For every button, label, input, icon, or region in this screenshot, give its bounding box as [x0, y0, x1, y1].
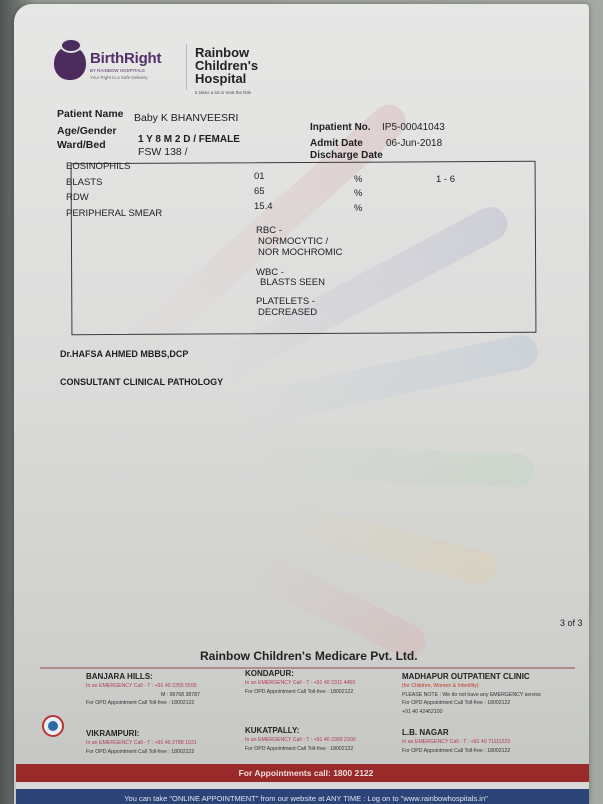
branch-line: In an EMERGENCY Call - T : +91 40 2789 1… [86, 739, 197, 748]
branch-kukatpally: KUKATPALLY: In an EMERGENCY Call - T : +… [245, 725, 356, 753]
branch-line: For OPD Appointment Call Toll-free : 180… [245, 688, 355, 697]
branch-name: KONDAPUR: [245, 668, 355, 679]
discharge-date-label: Discharge Date [310, 150, 383, 161]
result-test-blasts: BLASTS [66, 177, 102, 188]
rainbow-logo-line: Hospital [195, 72, 258, 85]
birthright-logo: BirthRight BY RAINBOW HOSPITALS Your Rig… [54, 40, 174, 84]
branch-line: For OPD Appointment Call Toll-free : 180… [402, 747, 510, 756]
branch-name: BANJARA HILLS: [86, 671, 200, 682]
age-gender-value: 1 Y 8 M 2 D / FEMALE [138, 134, 240, 145]
result-value-rdw: 15.4 [254, 201, 273, 212]
inpatient-no-label: Inpatient No. [310, 122, 371, 133]
branch-line: In an EMERGENCY Call - T : +91 40 711112… [402, 738, 510, 747]
page-number: 3 of 3 [560, 618, 583, 628]
result-test-rdw: RDW [66, 192, 89, 203]
birthright-logo-tagline: Your Right to a Safe Delivery [90, 75, 148, 80]
result-value-blasts: 65 [254, 186, 265, 197]
band-gap [16, 782, 589, 789]
result-test-eosinophils: EOSINOPHILS [66, 161, 130, 172]
appointment-band: For Appointments call: 1800 2122 [16, 764, 589, 782]
birthright-logo-subtitle: BY RAINBOW HOSPITALS [90, 68, 145, 73]
branch-line: M : 96768 38787 [86, 691, 200, 700]
branch-line: (for Children, Women & Infertility) [402, 682, 541, 691]
branch-name: MADHAPUR OUTPATIENT CLINIC [402, 671, 541, 682]
branch-line: For OPD Appointment Call Toll-free : 180… [86, 748, 197, 757]
patient-name-value: Baby K BHANVEESRI [134, 112, 238, 124]
birthright-logo-text: BirthRight [90, 50, 161, 67]
birthright-logo-mark [54, 46, 86, 80]
branch-line: In an EMERGENCY Call - T : +91 40 2355 5… [86, 682, 200, 691]
ward-bed-value: FSW 138 / [138, 146, 188, 158]
patient-name-label: Patient Name [57, 108, 124, 120]
report-page: BirthRight BY RAINBOW HOSPITALS Your Rig… [14, 4, 589, 804]
branch-line: In an EMERGENCY Call - T : +91 40 2311 4… [245, 679, 355, 688]
result-test-peripheral-smear: PERIPHERAL SMEAR [66, 208, 162, 219]
accreditation-seal-icon [42, 715, 64, 737]
branch-banjara-hills: BANJARA HILLS: In an EMERGENCY Call - T … [86, 671, 200, 708]
result-range-eosinophils: 1 - 6 [436, 174, 455, 185]
inpatient-no-value: IP5-00041043 [382, 122, 445, 133]
online-appointment-band: You can take "ONLINE APPOINTMENT" from o… [16, 789, 589, 804]
age-gender-label: Age/Gender [57, 125, 117, 137]
signatory-name: Dr.HAFSA AHMED MBBS,DCP [60, 349, 188, 359]
branch-name: KUKATPALLY: [245, 725, 356, 736]
branch-madhapur: MADHAPUR OUTPATIENT CLINIC (for Children… [402, 671, 541, 716]
watermark-ray [253, 444, 534, 488]
branch-line: +91 40 42462100 [402, 708, 541, 717]
branch-line: In an EMERGENCY Call - T : +91 40 2399 2… [245, 736, 356, 745]
logo-divider [186, 44, 187, 90]
admit-date-value: 06-Jun-2018 [386, 138, 442, 149]
branch-name: VIKRAMPURI: [86, 728, 197, 739]
branch-line: For OPD Appointment Call Toll-free : 180… [245, 745, 356, 754]
result-unit-rdw: % [354, 203, 362, 214]
branch-kondapur: KONDAPUR: In an EMERGENCY Call - T : +91… [245, 668, 355, 696]
ward-bed-label: Ward/Bed [57, 139, 106, 151]
smear-rbc-label: RBC - [256, 226, 282, 237]
branch-vikrampuri: VIKRAMPURI: In an EMERGENCY Call - T : +… [86, 728, 197, 756]
branch-line: For OPD Appointment Call Toll-free : 180… [86, 699, 200, 708]
result-value-eosinophils: 01 [254, 171, 265, 182]
smear-platelets-label: PLATELETS - [256, 297, 315, 308]
branch-name: L.B. NAGAR [402, 727, 510, 738]
smear-wbc-value: BLASTS SEEN [260, 278, 325, 289]
branch-line: For OPD Appointment Call Toll-free : 180… [402, 699, 541, 708]
smear-platelets-value: DECREASED [258, 308, 317, 319]
smear-rbc-value: NORMOCYTIC / NOR MOCHROMIC [258, 237, 350, 258]
branch-lb-nagar: L.B. NAGAR In an EMERGENCY Call - T : +9… [402, 727, 510, 755]
rainbow-hospital-logo: Rainbow Children's Hospital [195, 46, 258, 85]
footer-company-name: Rainbow Children's Medicare Pvt. Ltd. [200, 649, 418, 663]
admit-date-label: Admit Date [310, 138, 363, 149]
signatory-title: CONSULTANT CLINICAL PATHOLOGY [60, 377, 223, 387]
rainbow-logo-tagline: It takes a lot to treat the little [195, 90, 251, 95]
branch-line: PLEASE NOTE : We do not have any EMERGEN… [402, 691, 541, 700]
result-unit-eosinophils: % [354, 174, 362, 185]
result-unit-blasts: % [354, 188, 362, 199]
